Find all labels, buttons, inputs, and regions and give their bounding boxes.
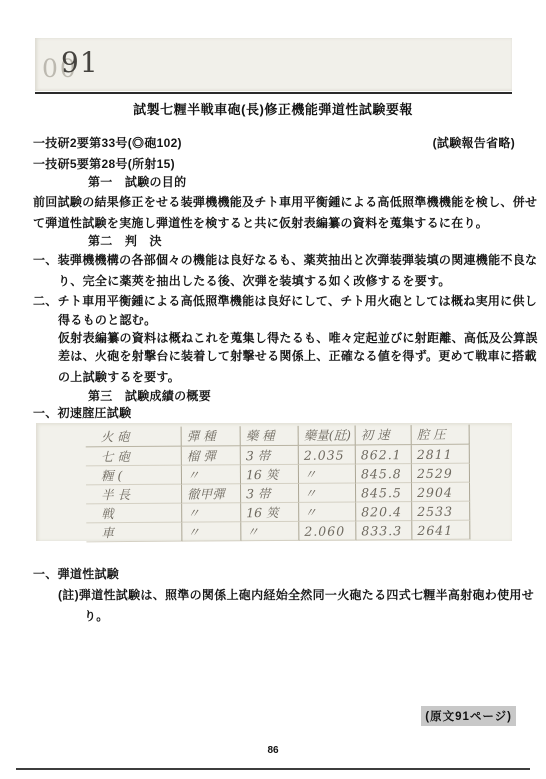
scanned-table-strip: 火 砲 彈 種 藥 種 藥量(瓩) 初 速 腔 圧 七 砲 榴 彈 3 帯 2.…: [36, 423, 512, 541]
bottom-rule: [16, 768, 530, 770]
report-omitted-note: (試験報告省略): [433, 134, 515, 151]
table-cell: 2811: [412, 445, 470, 464]
table-cell: 七 砲: [86, 447, 182, 467]
ballistic-note-line2: り。: [84, 607, 109, 624]
ballistic-test-item: 一、弾道性試験: [33, 565, 119, 582]
table-cell: 16 筴: [241, 465, 299, 484]
judgement2-line2: 得るものと認む。: [58, 311, 156, 328]
doc-number-line-1: 一技研2要第33号(◎砲102) (試験報告省略): [33, 134, 515, 151]
table-header-bore-pressure: 腔 圧: [412, 425, 470, 445]
table-cell: 2.060: [299, 521, 356, 540]
stamp-page-number: 91: [61, 46, 99, 79]
page-title: 試製七糎半戦車砲(長)修正機能弾道性試験要報: [0, 99, 546, 118]
table-cell: 車: [86, 523, 182, 543]
table-cell: 〃: [182, 465, 241, 484]
scanned-stamp-strip: 00 91: [35, 38, 512, 91]
table-cell: 845.8: [356, 464, 412, 483]
table-cell: 〃: [299, 502, 356, 521]
table-header-shell-type: 彈 種: [182, 426, 241, 446]
table-header-gun: 火 砲: [86, 427, 182, 448]
page-number: 86: [0, 745, 546, 756]
table-cell: 2641: [412, 521, 470, 540]
table-cell: 16 筴: [241, 503, 299, 522]
table-cell: 833.3: [356, 521, 412, 540]
top-rule: [35, 92, 512, 94]
table-cell: 3 帯: [241, 446, 299, 465]
table-cell: 〃: [299, 483, 356, 502]
table-cell: 2.035: [299, 445, 356, 464]
table-cell: 糎 (: [86, 466, 182, 486]
table-cell: 〃: [182, 522, 241, 541]
document-page: 00 91 試製七糎半戦車砲(長)修正機能弾道性試験要報 一技研2要第33号(◎…: [0, 0, 546, 779]
table-cell: 845.5: [356, 483, 412, 502]
judgement2-line1: 二、チト車用平衡鍾による高低照準機能は良好にして、チト用火砲としては概ね実用に供…: [33, 292, 537, 309]
original-page-badge: (原文91ページ): [421, 706, 516, 726]
section1-paragraph-line1: 前回試験の結果修正をせる装弾機機能及チト車用平衡鍾による高低照準機機能を検し、併…: [33, 193, 537, 210]
table-cell: 〃: [182, 503, 241, 522]
section1-paragraph-line2: て弾道性試験を実施し弾道性を検すると共に仮射表編纂の資料を蒐集するに在り。: [33, 214, 488, 231]
table-cell: 2529: [412, 464, 470, 483]
doc-number-1: 一技研2要第33号(◎砲102): [33, 136, 182, 150]
table-cell: 半 長: [86, 485, 182, 505]
table-cell: 2533: [412, 502, 470, 521]
judgement2-line3: 仮射表編纂の資料は概ねこれを蒐集し得たるも、唯々定起並びに射距離、高低及公算誤: [58, 329, 538, 346]
judgement1-line1: 一、装弾機機構の各部個々の機能は良好なるも、薬莢抽出と次弾装弾装填の関連機能不良…: [33, 251, 537, 268]
table-cell: 〃: [241, 522, 299, 541]
section3-heading: 第三 試験成績の概要: [88, 387, 211, 404]
table-cell: 榴 彈: [182, 446, 241, 465]
table-cell: 862.1: [356, 445, 412, 464]
muzzle-velocity-item: 一、初速腟圧試験: [33, 404, 131, 421]
table-cell: 〃: [299, 464, 356, 483]
table-cell: 2904: [412, 483, 470, 502]
table-cell: 3 帯: [241, 484, 299, 503]
judgement2-line4: 差は、火砲を射撃台に装着して射撃せる関係上、正確なる値を得ず。更めて戦車に搭載: [58, 347, 537, 364]
handwritten-data-table: 火 砲 彈 種 藥 種 藥量(瓩) 初 速 腔 圧 七 砲 榴 彈 3 帯 2.…: [86, 425, 471, 543]
ballistic-note-line1: (註)弾道性試験は、照準の関係上砲内経始全然同一火砲たる四式七糎半高射砲わ使用せ: [58, 586, 534, 603]
table-header-charge-weight: 藥量(瓩): [299, 425, 356, 445]
section2-heading: 第二 判 決: [88, 232, 162, 249]
table-cell: 820.4: [356, 502, 412, 521]
table-header-muzzle-velocity: 初 速: [356, 425, 412, 445]
judgement2-line5: の上試験するを要す。: [58, 368, 180, 385]
table-cell: 戦: [86, 504, 182, 524]
table-cell: 徹甲彈: [182, 484, 241, 503]
table-header-charge-type: 藥 種: [241, 426, 299, 446]
judgement1-line2: り、完全に薬莢を抽出したる後、次弾を装填する如く改修するを要す。: [58, 272, 451, 289]
doc-number-line-2: 一技研5要第28号(所射15): [33, 155, 175, 172]
section1-heading: 第一 試験の目的: [88, 173, 186, 190]
